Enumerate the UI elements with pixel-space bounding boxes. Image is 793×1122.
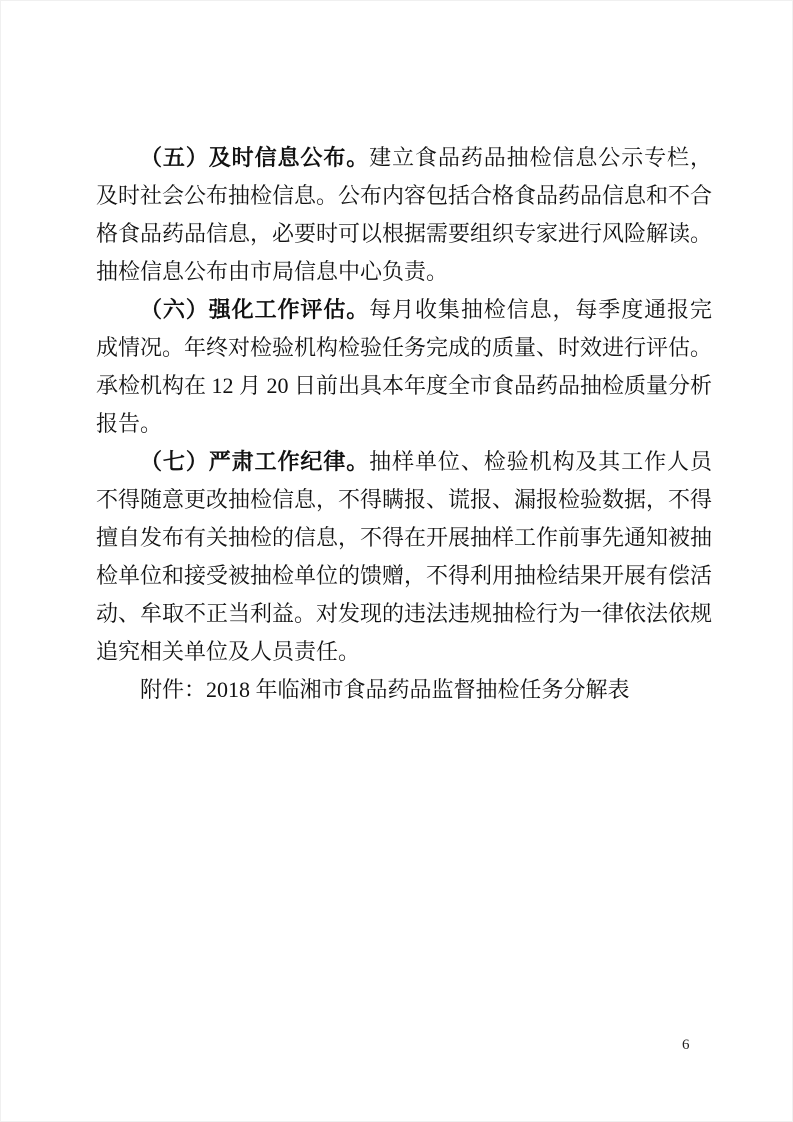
paragraph-section-5: （五）及时信息公布。建立食品药品抽检信息公示专栏，及时社会公布抽检信息。公布内容… <box>96 139 712 291</box>
section-7-text: 抽样单位、检验机构及其工作人员不得随意更改抽检信息，不得瞒报、谎报、漏报检验数据… <box>96 449 712 664</box>
page-number: 6 <box>682 1035 690 1055</box>
attachment-line: 附件：2018 年临湘市食品药品监督抽检任务分解表 <box>96 671 712 709</box>
section-6-heading: （六）强化工作评估。 <box>140 297 369 322</box>
section-5-heading: （五）及时信息公布。 <box>140 145 369 170</box>
paragraph-section-6: （六）强化工作评估。每月收集抽检信息，每季度通报完成情况。年终对检验机构检验任务… <box>96 291 712 443</box>
document-page: （五）及时信息公布。建立食品药品抽检信息公示专栏，及时社会公布抽检信息。公布内容… <box>0 0 793 1122</box>
document-body: （五）及时信息公布。建立食品药品抽检信息公示专栏，及时社会公布抽检信息。公布内容… <box>96 139 712 709</box>
section-7-heading: （七）严肃工作纪律。 <box>140 449 369 474</box>
paragraph-section-7: （七）严肃工作纪律。抽样单位、检验机构及其工作人员不得随意更改抽检信息，不得瞒报… <box>96 443 712 671</box>
